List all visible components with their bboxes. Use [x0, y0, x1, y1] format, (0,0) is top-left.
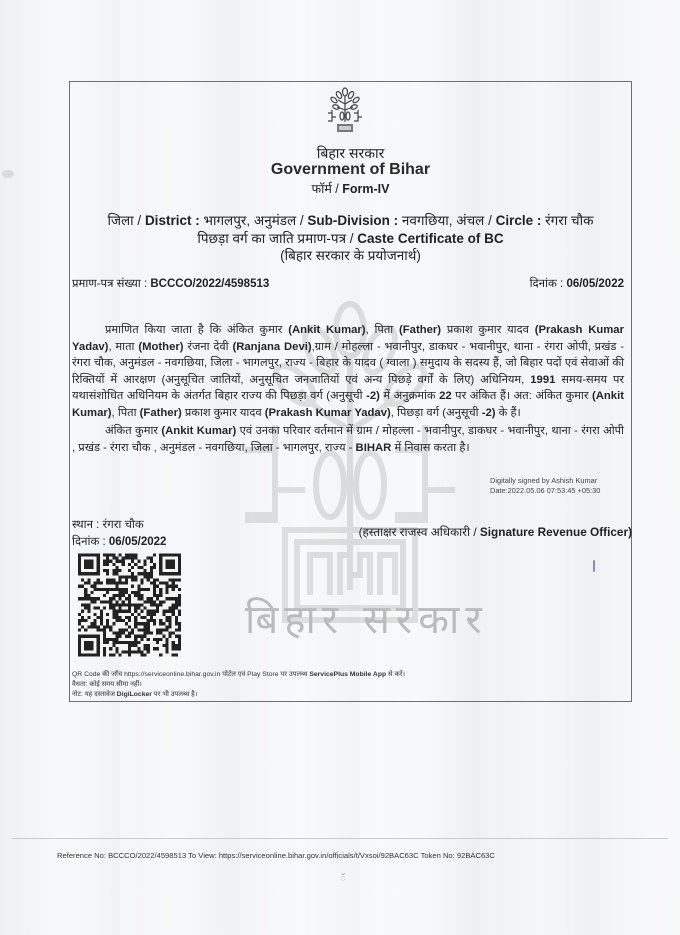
header-title-english: Government of Bihar [69, 161, 632, 179]
district-value: भागलपुर, [200, 213, 254, 228]
certificate-purpose: (बिहार सरकार के प्रयोजनार्थ) [69, 246, 632, 264]
issue-date-top: दिनांक : 06/05/2022 [530, 276, 624, 291]
district-label-en: District : [145, 213, 200, 228]
page-mark: ॅ [340, 871, 345, 884]
text-run: में अनुक्रमांक [380, 390, 439, 402]
schedule: -2) [482, 407, 496, 419]
digital-signature-date: Date:2022.05.06 07:53:45 +05:30 [490, 486, 600, 496]
qr-verify-note: QR Code की जाँच https://serviceonline.bi… [72, 670, 405, 680]
cert-no-value: BCCCO/2022/4598513 [150, 278, 269, 290]
issue-date-bottom: दिनांक : 06/05/2022 [72, 534, 166, 549]
date-value: 06/05/2022 [109, 536, 167, 548]
place-value: रंगरा चौक [103, 519, 144, 531]
signature-label-hindi: (हस्ताक्षर राजस्व अधिकारी / [359, 525, 480, 539]
mother-label: (Mother) [138, 341, 183, 353]
cert-no-label: प्रमाण-पत्र संख्या : [72, 278, 150, 290]
text-run: प्रमाणित किया जाता है कि अंकित कुमार [105, 324, 288, 336]
bihar-government-emblem-icon [322, 86, 368, 134]
certificate-title-hindi: पिछड़ा वर्ग का जाति प्रमाण-पत्र / [197, 231, 357, 246]
text-run: से करें। [386, 671, 405, 678]
text-run: के हैं। [496, 407, 521, 419]
pen-mark [593, 560, 595, 572]
text-run: प्रकाश कुमार यादव [182, 407, 265, 419]
text-run: , पिछड़ा वर्ग (अनुसूची [391, 407, 482, 419]
text-run: नोट: यह दस्तावेज [72, 691, 117, 698]
date-label: दिनांक : [530, 278, 567, 290]
schedule: -2) [366, 390, 380, 402]
date-label: दिनांक : [72, 536, 109, 548]
circle-label-en: Circle : [496, 213, 542, 228]
form-number: फॉर्म / Form-IV [69, 180, 632, 197]
state-en: BIHAR [356, 442, 392, 454]
validity-note: वैधता: कोई समय सीमा नहीं। [72, 680, 405, 690]
text-run: QR Code की जाँच https://serviceonline.bi… [72, 671, 309, 678]
issue-place: स्थान : रंगरा चौक [72, 517, 144, 532]
text-run: , पिता [366, 324, 399, 336]
qr-code-icon[interactable] [78, 552, 181, 658]
certificate-title: पिछड़ा वर्ग का जाति प्रमाण-पत्र / Caste … [69, 229, 632, 247]
place-label: स्थान : [72, 519, 103, 531]
verification-notes: QR Code की जाँच https://serviceonline.bi… [72, 670, 405, 700]
mother-name-en: (Ranjana Devi) [232, 341, 311, 353]
text-run: रंजना देवी [184, 341, 233, 353]
text-run: पर अंकित हैं। अत: अंकित कुमार [452, 390, 592, 402]
circle-value: रंगरा चौक [541, 213, 593, 228]
applicant-name-en: (Ankit Kumar) [161, 425, 236, 437]
app-name: ServicePlus Mobile App [309, 671, 386, 678]
digital-signature-signer: Digitally signed by Ashish Kumar [490, 476, 600, 486]
certification-paragraph: प्रमाणित किया जाता है कि अंकित कुमार (An… [72, 322, 624, 422]
father-label: (Father) [399, 324, 441, 336]
certificate-number: प्रमाण-पत्र संख्या : BCCCO/2022/4598513 [72, 276, 269, 291]
subdivision-value: नवगछिया, [398, 213, 456, 228]
text-run: पर भी उपलब्ध है। [152, 691, 197, 698]
date-value: 06/05/2022 [566, 278, 624, 290]
location-line: जिला / District : भागलपुर, अनुमंडल / Sub… [69, 211, 632, 229]
footer-divider [12, 838, 668, 839]
certificate-title-english: Caste Certificate of BC [357, 231, 503, 246]
applicant-name-en: (Ankit Kumar) [288, 324, 365, 336]
father-label: (Father) [140, 407, 182, 419]
signature-label: (हस्ताक्षर राजस्व अधिकारी / Signature Re… [359, 524, 632, 540]
form-label-english: Form-IV [342, 182, 389, 196]
digital-signature: Digitally signed by Ashish Kumar Date:20… [490, 476, 600, 496]
father-name-en: (Prakash Kumar Yadav) [265, 407, 391, 419]
paper-smudge [2, 170, 14, 178]
form-label-hindi: फॉर्म / [311, 182, 342, 196]
reference-footer: Reference No: BCCCO/2022/4598513 To View… [57, 851, 495, 860]
residence-paragraph: अंकित कुमार (Ankit Kumar) एवं उनका परिवा… [72, 423, 624, 456]
act-year: 1991 [530, 374, 555, 386]
text-run: , पिता [112, 407, 140, 419]
text-run: अंकित कुमार [105, 425, 161, 437]
signature-label-english: Signature Revenue Officer) [480, 525, 632, 539]
district-label-hi: जिला / [108, 213, 145, 228]
subdivision-label-hi: अनुमंडल / [254, 213, 308, 228]
digilocker-note: नोट: यह दस्तावेज DigiLocker पर भी उपलब्ध… [72, 690, 405, 700]
serial-number: 22 [439, 390, 452, 402]
circle-label-hi: अंचल / [456, 213, 495, 228]
app-name: DigiLocker [117, 691, 152, 698]
text-run: में निवास करता है। [391, 442, 469, 454]
text-run: प्रकाश कुमार यादव [441, 324, 535, 336]
text-run: , माता [108, 341, 138, 353]
subdivision-label-en: Sub-Division : [307, 213, 398, 228]
